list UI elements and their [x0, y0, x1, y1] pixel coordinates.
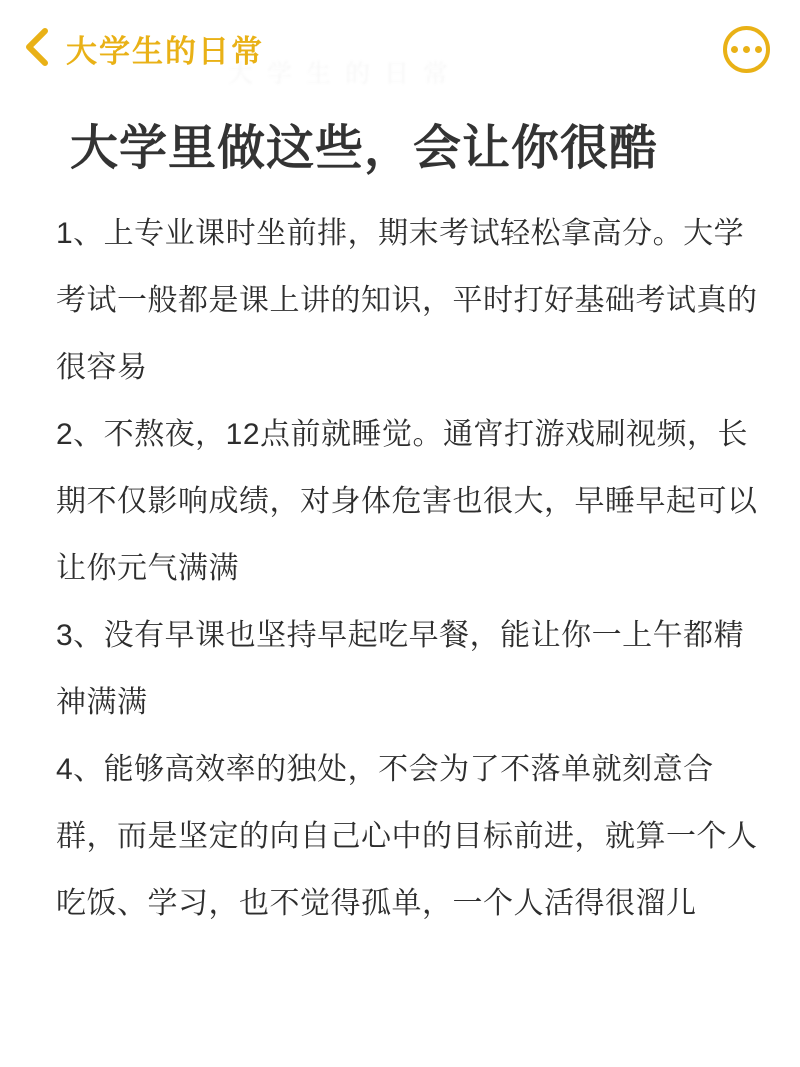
- chevron-left-icon: [24, 27, 50, 70]
- body-line: 群，而是坚定的向自己心中的目标前进，就算一个人: [56, 803, 756, 870]
- back-button[interactable]: [24, 27, 58, 71]
- ellipsis-circle-icon: [731, 46, 762, 53]
- body-line: 让你元气满满: [56, 535, 756, 602]
- channel-title[interactable]: 大学生的日常: [66, 26, 264, 71]
- body-line: 4、能够高效率的独处，不会为了不落单就刻意合: [56, 736, 756, 803]
- watermark-text: 大学生的日常: [228, 54, 588, 90]
- body-line: 很容易: [56, 334, 756, 401]
- body-line: 神满满: [56, 669, 756, 736]
- body-line: 考试一般都是课上讲的知识，平时打好基础考试真的: [56, 267, 756, 334]
- body-line: 1、上专业课时坐前排，期末考试轻松拿高分。大学: [56, 200, 756, 267]
- post-page: 大学生的日常 大学生的日常 大学里做这些，会让你很酷 1、上专业课时坐前排，期末…: [0, 0, 800, 1067]
- article-body: 1、上专业课时坐前排，期末考试轻松拿高分。大学 考试一般都是课上讲的知识，平时打…: [56, 200, 756, 937]
- body-line: 期不仅影响成绩，对身体危害也很大，早睡早起可以: [56, 468, 756, 535]
- body-line: 2、不熬夜，12点前就睡觉。通宵打游戏刷视频，长: [56, 401, 756, 468]
- body-line: 吃饭、学习，也不觉得孤单，一个人活得很溜儿: [56, 870, 756, 937]
- body-line: 3、没有早课也坚持早起吃早餐，能让你一上午都精: [56, 602, 756, 669]
- header-bar: 大学生的日常: [24, 26, 264, 71]
- article-title: 大学里做这些，会让你很酷: [70, 120, 760, 178]
- more-options-button[interactable]: [723, 26, 770, 73]
